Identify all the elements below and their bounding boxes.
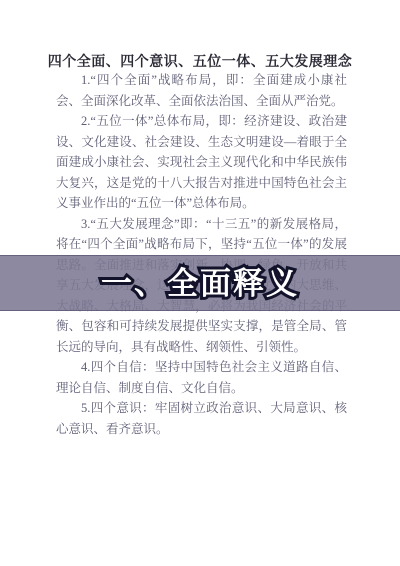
document-page: 四个全面、四个意识、五位一体、五大发展理念 1.“四个全面”战略布局，即：全面建… <box>0 0 400 566</box>
paragraph-4: 4.四个自信：坚持中国特色社会主义道路自信、理论自信、制度自信、文化自信。 <box>56 357 347 398</box>
paragraph-1: 1.“四个全面”战略布局，即：全面建成小康社会、全面深化改革、全面依法治国、全面… <box>56 70 347 111</box>
banner-title: 一、全面释义 一、全面释义 <box>101 268 299 299</box>
banner-title-text: 一、全面释义 <box>101 266 299 301</box>
paragraph-2: 2.“五位一体”总体布局，即：经济建设、政治建设、文化建设、社会建设、生态文明建… <box>56 111 347 214</box>
paragraph-5: 5.四个意识：牢固树立政治意识、大局意识、核心意识、看齐意识。 <box>56 398 347 439</box>
banner-overlay: 一、全面释义 一、全面释义 <box>0 255 400 311</box>
document-title: 四个全面、四个意识、五位一体、五大发展理念 <box>0 51 400 71</box>
